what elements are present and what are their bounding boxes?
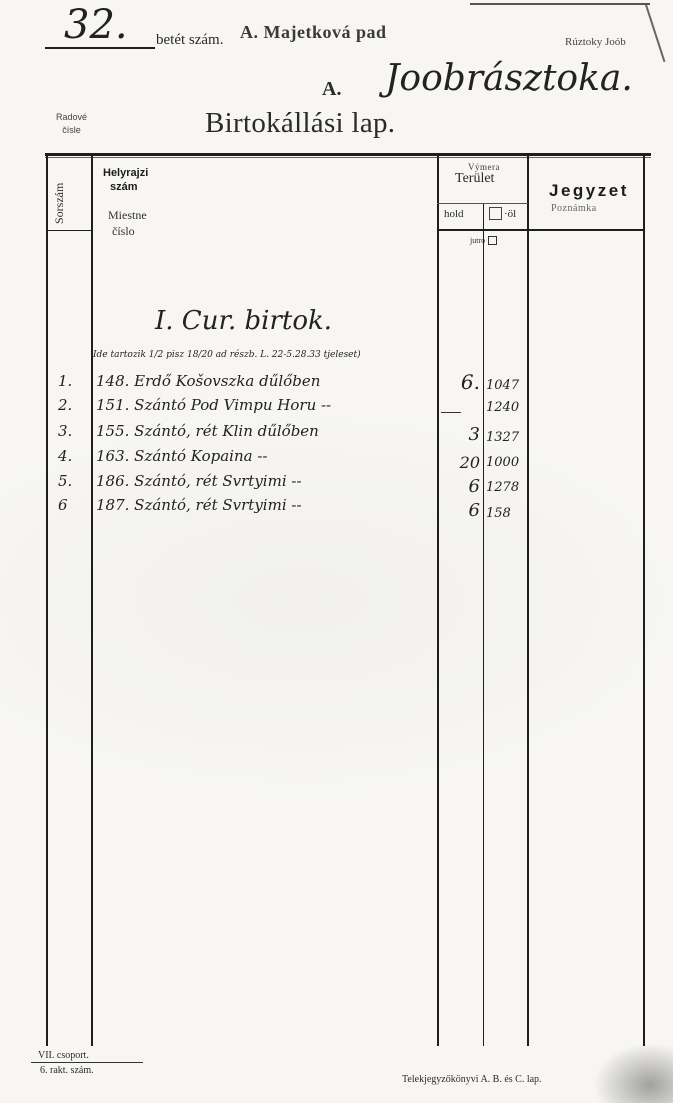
- row-parcel: 187. Szántó, rét Svrtyimi --: [96, 496, 302, 514]
- column-header-sorszam: Sorszám: [52, 183, 67, 224]
- village-prefix: A.: [322, 78, 341, 101]
- table-top-rule-thin: [45, 157, 651, 158]
- row-sorszam: 2.: [58, 396, 72, 414]
- row-sorszam: 1.: [58, 372, 72, 390]
- row-hold: 20: [446, 453, 480, 472]
- row-hold: 6: [446, 500, 480, 521]
- betet-label: betét szám.: [156, 32, 223, 49]
- column-header-miestne: Miestne číslo: [108, 207, 147, 239]
- row-negyszogol: 1327: [486, 430, 526, 445]
- miestne-line: Miestne: [108, 207, 147, 223]
- document-page: 32. betét szám. A. Majetková pad Rúztoky…: [0, 0, 673, 1103]
- footer-divider: [31, 1062, 143, 1063]
- row-hold: 6: [446, 476, 480, 497]
- terulet-column-left-divider: [437, 153, 439, 1046]
- column-header-terulet: Terület: [455, 171, 494, 187]
- betet-number: 32.: [64, 2, 128, 48]
- column-header-jegyzet: Jegyzet: [549, 181, 629, 201]
- village-name: Joobrásztoka.: [385, 58, 633, 99]
- hold-header-rule: [437, 229, 528, 231]
- top-edge-rule: [470, 3, 650, 5]
- section-heading: I. Cur. birtok.: [155, 306, 332, 336]
- helyrajzi-line: Helyrajzi: [103, 166, 148, 180]
- row-hold: 3: [446, 424, 480, 445]
- row-negyszogol: 1278: [486, 480, 526, 495]
- cislo-line: čísle: [56, 124, 87, 137]
- page-corner-edge: [645, 4, 665, 62]
- column-header-jutro: jutro: [470, 236, 497, 245]
- owner-stamp: A. Majetková pad: [240, 22, 387, 43]
- terulet-subheader-rule: [437, 203, 528, 204]
- row-sorszam: 3.: [58, 422, 72, 440]
- row-sorszam: 5.: [58, 472, 72, 490]
- jegyzet-column-left-divider: [527, 153, 529, 1046]
- place-printed: Rúztoky Joób: [565, 36, 626, 48]
- footer-lap-label: Telekjegyzőkönyvi A. B. és C. lap.: [402, 1074, 542, 1085]
- sorszam-column-divider: [91, 153, 93, 1046]
- table-top-rule: [45, 153, 651, 156]
- betet-number-underline: [45, 47, 155, 49]
- row-sorszam: 4.: [58, 447, 72, 465]
- column-header-negyszogol: ·öl: [489, 207, 516, 220]
- radove-line: Radové: [56, 111, 87, 124]
- footer-csoport: VII. csoport.: [38, 1050, 89, 1061]
- square-icon: [489, 207, 502, 220]
- hold-ol-divider: [483, 203, 484, 1046]
- square-icon: [488, 236, 497, 245]
- column-header-hold: hold: [444, 208, 464, 220]
- jegyzet-header-rule: [527, 229, 643, 231]
- row-negyszogol: 1000: [486, 455, 526, 470]
- row-2-hold-dash: [441, 412, 461, 413]
- row-parcel: 186. Szántó, rét Svrtyimi --: [96, 472, 302, 490]
- row-parcel: 151. Szántó Pod Vimpu Horu --: [96, 396, 331, 414]
- szam-line: szám: [103, 180, 148, 194]
- row-negyszogol: 1240: [486, 400, 526, 415]
- column-header-poznamka: Poznámka: [551, 203, 597, 214]
- row-parcel: 148. Erdő Košovszka dűlőben: [96, 372, 320, 390]
- cislo-header-line: číslo: [108, 223, 147, 239]
- row-parcel: 155. Szántó, rét Klin dűlőben: [96, 422, 319, 440]
- radove-cislo-label: Radové čísle: [56, 111, 87, 137]
- row-parcel: 163. Szántó Kopaina --: [96, 447, 267, 465]
- row-hold: 6.: [446, 370, 480, 394]
- page-title: Birtokállási lap.: [205, 107, 395, 140]
- row-sorszam: 6: [58, 496, 68, 514]
- section-note: Ide tartozik 1/2 pisz 18/20 ad részb. L.…: [93, 350, 361, 360]
- row-negyszogol: 1047: [486, 378, 526, 393]
- table-left-border: [46, 153, 48, 1046]
- row-negyszogol: 158: [486, 506, 526, 521]
- column-header-helyrajzi: Helyrajzi szám: [103, 166, 148, 194]
- footer-rakt-szam: 6. rakt. szám.: [40, 1065, 94, 1076]
- jutro-label: jutro: [470, 236, 485, 245]
- sorszam-header-rule: [46, 230, 92, 231]
- table-right-border: [643, 156, 645, 1046]
- ol-label: ·öl: [504, 208, 516, 220]
